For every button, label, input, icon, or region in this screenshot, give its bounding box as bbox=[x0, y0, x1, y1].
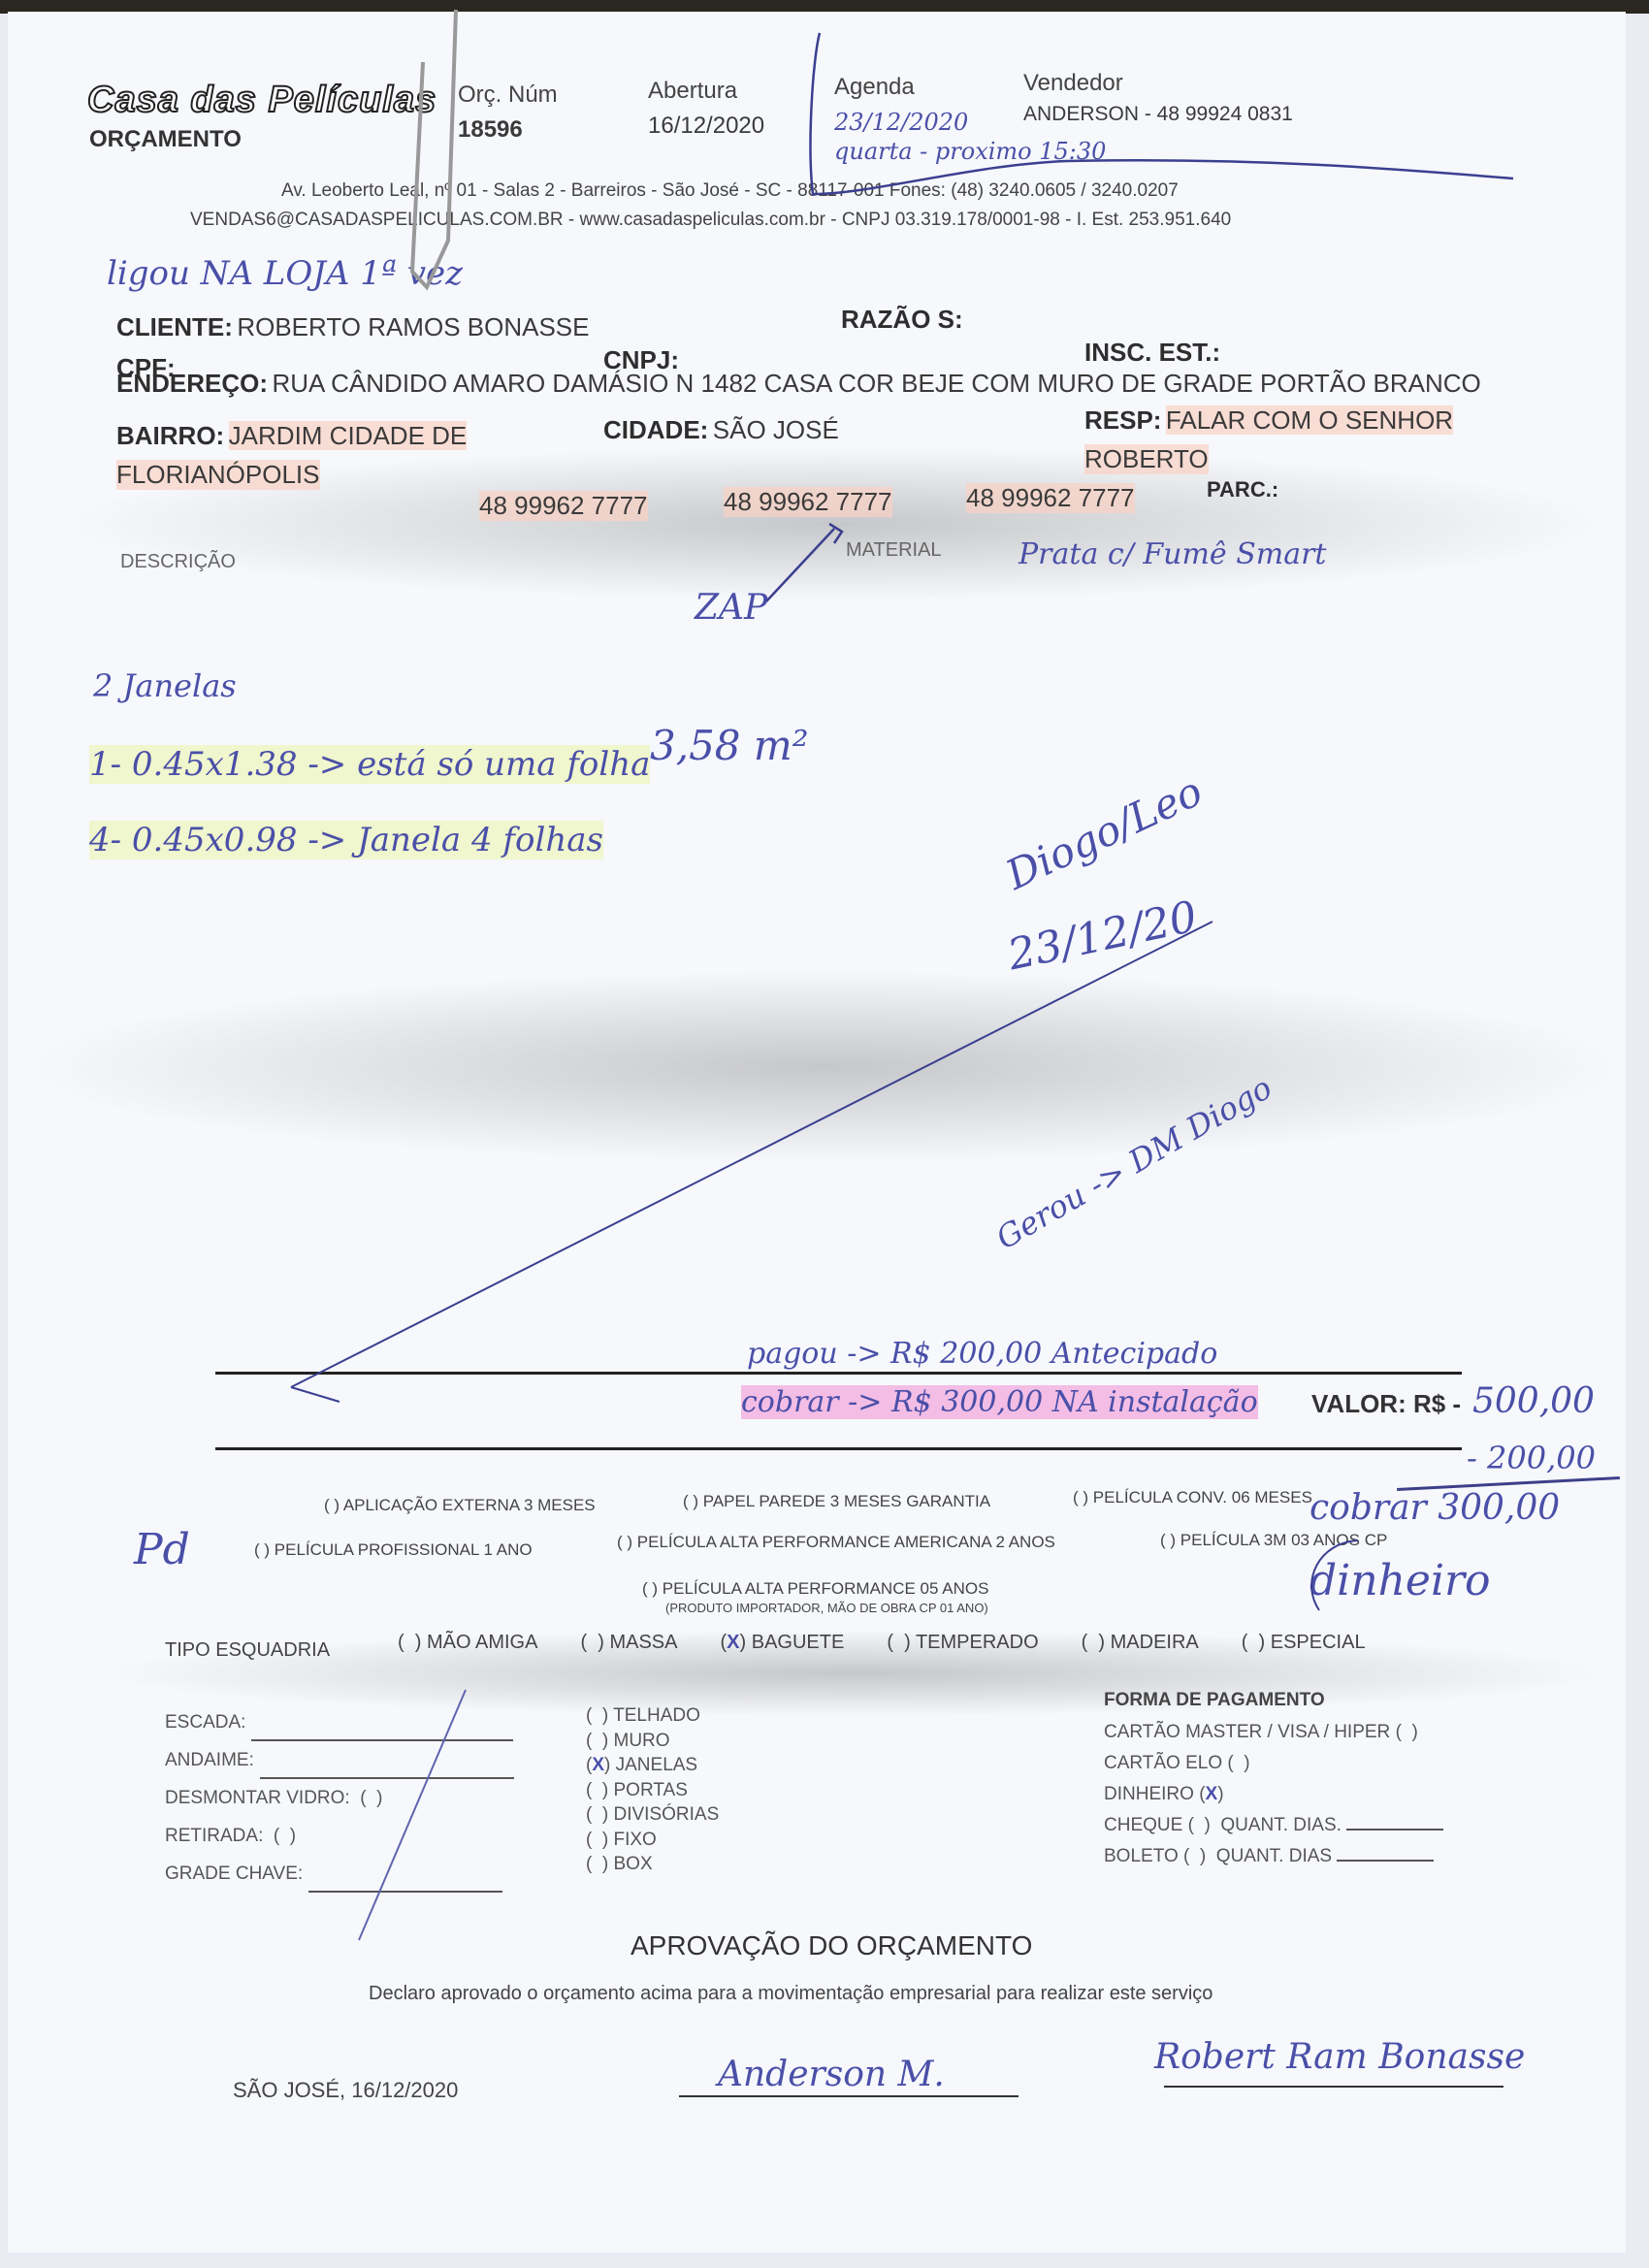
checkbox-empty[interactable]: ( ) bbox=[586, 1731, 608, 1751]
checkbox-empty[interactable]: ( ) bbox=[586, 1854, 608, 1874]
phone-2: 48 99962 7777 bbox=[724, 487, 892, 517]
checkbox-empty[interactable]: ( ) bbox=[586, 1830, 608, 1850]
service-option[interactable]: ( ) PELÍCULA CONV. 06 MESES bbox=[1073, 1488, 1312, 1507]
service-option[interactable]: ( ) PAPEL PAREDE 3 MESES GARANTIA bbox=[683, 1492, 990, 1511]
location-option[interactable]: ( ) BOX bbox=[586, 1852, 719, 1877]
service-option[interactable]: ( ) PELÍCULA ALTA PERFORMANCE 05 ANOS bbox=[642, 1579, 988, 1599]
valor-line-top bbox=[215, 1372, 1462, 1375]
checkbox-empty[interactable]: ( ) bbox=[1183, 1846, 1206, 1866]
agenda-label: Agenda bbox=[834, 74, 915, 101]
valor-dinheiro-handwritten: dinheiro bbox=[1309, 1556, 1491, 1605]
razao-label: RAZÃO S: bbox=[841, 305, 963, 334]
checkbox-empty[interactable]: ( ) bbox=[398, 1632, 421, 1653]
checkbox-empty[interactable]: ( ) bbox=[887, 1632, 910, 1653]
location-option-label: BOX bbox=[608, 1854, 652, 1874]
location-option[interactable]: ( ) PORTAS bbox=[586, 1778, 719, 1803]
checkbox-empty[interactable]: ( ) bbox=[586, 1705, 608, 1726]
payment-option[interactable]: CARTÃO MASTER / VISA / HIPER ( ) bbox=[1104, 1717, 1443, 1748]
resp-value-1: FALAR COM O SENHOR bbox=[1166, 405, 1453, 435]
payment-option-label: CARTÃO MASTER / VISA / HIPER bbox=[1104, 1722, 1396, 1742]
esquadria-label: TIPO ESQUADRIA bbox=[165, 1639, 330, 1662]
orc-num-value: 18596 bbox=[458, 116, 523, 144]
payment-option-label: CHEQUE bbox=[1104, 1815, 1188, 1835]
desmontar-vidro-label: DESMONTAR VIDRO: bbox=[165, 1788, 350, 1808]
approval-title: APROVAÇÃO DO ORÇAMENTO bbox=[630, 1930, 1032, 1961]
item-handwritten: 1- 0.45x1.38 -> está só uma folha bbox=[89, 745, 650, 784]
retirada-field[interactable]: RETIRADA: ( ) bbox=[165, 1817, 514, 1855]
client-signature-line bbox=[1164, 2086, 1503, 2088]
service-option[interactable]: ( ) PELÍCULA ALTA PERFORMANCE AMERICANA … bbox=[617, 1533, 1055, 1552]
resp-row: RESP: FALAR COM O SENHOR bbox=[1084, 405, 1453, 436]
service-option[interactable]: ( ) PELÍCULA PROFISSIONAL 1 ANO bbox=[254, 1540, 533, 1560]
company-address: Av. Leoberto Leal, nº 01 - Salas 2 - Bar… bbox=[281, 180, 1179, 202]
valor-total-handwritten: 500,00 bbox=[1472, 1381, 1595, 1421]
esquadria-option[interactable]: ( ) MADEIRA bbox=[1082, 1632, 1199, 1653]
vendor-signature: Anderson M. bbox=[718, 2055, 945, 2094]
extras-block: ESCADA: ANDAIME: DESMONTAR VIDRO: ( ) RE… bbox=[165, 1703, 514, 1893]
payment-options: CARTÃO MASTER / VISA / HIPER ( )CARTÃO E… bbox=[1104, 1717, 1443, 1872]
checkbox-empty[interactable]: ( ) bbox=[1227, 1753, 1249, 1773]
company-logo: Casa das Películas bbox=[87, 80, 436, 121]
valor-minus-handwritten: - 200,00 bbox=[1467, 1440, 1596, 1476]
service-note: (PRODUTO IMPORTADOR, MÃO DE OBRA CP 01 A… bbox=[665, 1601, 988, 1615]
checkbox-empty[interactable]: ( ) bbox=[586, 1780, 608, 1800]
retirada-label: RETIRADA: bbox=[165, 1826, 263, 1846]
handwritten-called-note: ligou NA LOJA 1ª vez bbox=[107, 254, 463, 293]
cliente-label: CLIENTE: bbox=[116, 312, 233, 341]
checkbox-empty[interactable]: ( ) bbox=[586, 1804, 608, 1825]
item-handwritten: 2 Janelas bbox=[93, 667, 237, 704]
endereco-value: RUA CÂNDIDO AMARO DAMÁSIO N 1482 CASA CO… bbox=[272, 369, 1480, 398]
andaime-field[interactable]: ANDAIME: bbox=[165, 1741, 514, 1779]
grade-chave-label: GRADE CHAVE: bbox=[165, 1863, 303, 1884]
esquadria-option-label: MASSA bbox=[604, 1632, 678, 1653]
resp-value-2: ROBERTO bbox=[1084, 444, 1209, 474]
checkbox-checked[interactable]: (X) bbox=[586, 1755, 610, 1775]
place-date: SÃO JOSÉ, 16/12/2020 bbox=[233, 2078, 458, 2103]
service-option[interactable]: ( ) PELÍCULA 3M 03 ANOS CP bbox=[1160, 1531, 1387, 1550]
payment-option-label: BOLETO bbox=[1104, 1846, 1183, 1866]
location-options: ( ) TELHADO( ) MURO(X) JANELAS( ) PORTAS… bbox=[586, 1703, 719, 1877]
phone-3: 48 99962 7777 bbox=[966, 483, 1135, 513]
esquadria-option[interactable]: ( ) MASSA bbox=[580, 1632, 677, 1653]
cidade-value: SÃO JOSÉ bbox=[713, 415, 839, 444]
service-option[interactable]: ( ) APLICAÇÃO EXTERNA 3 MESES bbox=[324, 1496, 596, 1515]
location-option[interactable]: ( ) DIVISÓRIAS bbox=[586, 1802, 719, 1828]
esquadria-option-label: BAGUETE bbox=[746, 1632, 844, 1653]
bairro-row: BAIRRO: JARDIM CIDADE DE bbox=[116, 421, 467, 451]
escada-label: ESCADA: bbox=[165, 1712, 245, 1733]
checkbox-checked[interactable]: (X) bbox=[720, 1632, 746, 1653]
location-option-label: DIVISÓRIAS bbox=[608, 1804, 719, 1825]
payment-days-field[interactable]: QUANT. DIAS. bbox=[1211, 1815, 1443, 1835]
parc-label: PARC.: bbox=[1207, 477, 1278, 502]
cobrar-handwritten: cobrar -> R$ 300,00 NA instalação bbox=[741, 1385, 1258, 1419]
esquadria-option[interactable]: ( ) MÃO AMIGA bbox=[398, 1632, 537, 1653]
escada-field[interactable]: ESCADA: bbox=[165, 1703, 514, 1741]
esquadria-option-label: TEMPERADO bbox=[911, 1632, 1039, 1653]
bairro-value-2: FLORIANÓPOLIS bbox=[116, 460, 320, 490]
razao-row: RAZÃO S: bbox=[841, 305, 963, 335]
pagamento-title: FORMA DE PAGAMENTO bbox=[1104, 1690, 1325, 1711]
endereco-label: ENDEREÇO: bbox=[116, 369, 268, 398]
location-option-label: MURO bbox=[608, 1731, 669, 1751]
agenda-handwritten-note: quarta - proximo 15:30 bbox=[834, 138, 1106, 165]
scan-smudge bbox=[19, 970, 1630, 1164]
cliente-value: ROBERTO RAMOS BONASSE bbox=[237, 312, 589, 341]
client-signature[interactable]: Robert Ram Bonasse bbox=[1154, 2037, 1525, 2077]
abertura-label: Abertura bbox=[648, 78, 737, 105]
company-contact: VENDAS6@CASADASPELICULAS.COM.BR - www.ca… bbox=[190, 210, 1231, 231]
desmontar-vidro-field[interactable]: DESMONTAR VIDRO: ( ) bbox=[165, 1779, 514, 1817]
checkbox-empty[interactable]: ( ) bbox=[1242, 1632, 1265, 1653]
vendedor-value: ANDERSON - 48 99924 0831 bbox=[1023, 103, 1293, 126]
grade-chave-field[interactable]: GRADE CHAVE: bbox=[165, 1855, 514, 1893]
location-option-label: FIXO bbox=[608, 1830, 657, 1850]
item-handwritten: 4- 0.45x0.98 -> Janela 4 folhas bbox=[89, 821, 603, 859]
checkbox-empty[interactable]: ( ) bbox=[1188, 1815, 1211, 1835]
location-option[interactable]: ( ) FIXO bbox=[586, 1828, 719, 1853]
esquadria-option-label: ESPECIAL bbox=[1265, 1632, 1365, 1653]
esquadria-option[interactable]: ( ) TEMPERADO bbox=[887, 1632, 1038, 1653]
esquadria-option-label: MÃO AMIGA bbox=[421, 1632, 537, 1653]
vendor-signature-line bbox=[679, 2095, 1018, 2097]
bairro-value-1: JARDIM CIDADE DE bbox=[229, 421, 468, 450]
andaime-label: ANDAIME: bbox=[165, 1750, 254, 1770]
descricao-label: DESCRIÇÃO bbox=[120, 551, 236, 573]
pagou-handwritten: pagou -> R$ 200,00 Antecipado bbox=[747, 1337, 1217, 1371]
location-option[interactable]: ( ) TELHADO bbox=[586, 1703, 719, 1729]
payment-option-label: CARTÃO ELO bbox=[1104, 1753, 1227, 1773]
doc-type-title: ORÇAMENTO bbox=[89, 126, 242, 153]
initials-handwritten: Pd bbox=[134, 1525, 190, 1574]
payment-option[interactable]: CARTÃO ELO ( ) bbox=[1104, 1748, 1443, 1779]
material-label: MATERIAL bbox=[846, 539, 942, 562]
esquadria-option[interactable]: ( ) ESPECIAL bbox=[1242, 1632, 1366, 1653]
esquadria-option-label: MADEIRA bbox=[1105, 1632, 1199, 1653]
location-option[interactable]: ( ) MURO bbox=[586, 1729, 719, 1754]
location-option-label: PORTAS bbox=[608, 1780, 688, 1800]
location-option-label: TELHADO bbox=[608, 1705, 700, 1726]
resp-label: RESP: bbox=[1084, 405, 1161, 435]
payment-days-field[interactable]: QUANT. DIAS bbox=[1206, 1846, 1434, 1866]
payment-option[interactable]: BOLETO ( ) QUANT. DIAS bbox=[1104, 1841, 1443, 1872]
valor-label: VALOR: R$ - bbox=[1311, 1389, 1461, 1419]
cidade-label: CIDADE: bbox=[603, 415, 708, 444]
location-option[interactable]: (X) JANELAS bbox=[586, 1753, 719, 1778]
material-handwritten: Prata c/ Fumê Smart bbox=[1018, 537, 1327, 571]
esquadria-option[interactable]: (X) BAGUETE bbox=[720, 1632, 844, 1653]
orc-num-label: Orç. Núm bbox=[458, 81, 558, 109]
checkbox-checked[interactable]: (X) bbox=[1199, 1784, 1223, 1804]
payment-option[interactable]: DINHEIRO (X) bbox=[1104, 1779, 1443, 1810]
phone-1: 48 99962 7777 bbox=[479, 491, 648, 521]
payment-option-label: DINHEIRO bbox=[1104, 1784, 1199, 1804]
valor-line-bottom bbox=[215, 1447, 1462, 1450]
valor-cobrar-handwritten: cobrar 300,00 bbox=[1309, 1488, 1560, 1528]
cliente-row: CLIENTE: ROBERTO RAMOS BONASSE bbox=[116, 312, 589, 342]
esquadria-options: ( ) MÃO AMIGA( ) MASSA(X) BAGUETE( ) TEM… bbox=[398, 1632, 1408, 1654]
abertura-value: 16/12/2020 bbox=[648, 113, 764, 140]
area-handwritten: 3,58 m² bbox=[650, 722, 809, 769]
payment-option[interactable]: CHEQUE ( ) QUANT. DIAS. bbox=[1104, 1810, 1443, 1841]
zap-handwritten: ZAP bbox=[695, 588, 767, 628]
insc-est-label: INSC. EST.: bbox=[1084, 338, 1220, 368]
cidade-row: CIDADE: SÃO JOSÉ bbox=[603, 415, 839, 445]
vendedor-label: Vendedor bbox=[1023, 70, 1123, 97]
checkbox-empty[interactable]: ( ) bbox=[1082, 1632, 1105, 1653]
endereco-row: ENDEREÇO: RUA CÂNDIDO AMARO DAMÁSIO N 14… bbox=[116, 369, 1481, 399]
agenda-handwritten-date: 23/12/2020 bbox=[834, 109, 968, 136]
bairro-label: BAIRRO: bbox=[116, 421, 224, 450]
checkbox-empty[interactable]: ( ) bbox=[580, 1632, 603, 1653]
checkbox-empty[interactable]: ( ) bbox=[1396, 1722, 1418, 1742]
location-option-label: JANELAS bbox=[610, 1755, 697, 1775]
approval-declaration: Declaro aprovado o orçamento acima para … bbox=[369, 1983, 1212, 2005]
